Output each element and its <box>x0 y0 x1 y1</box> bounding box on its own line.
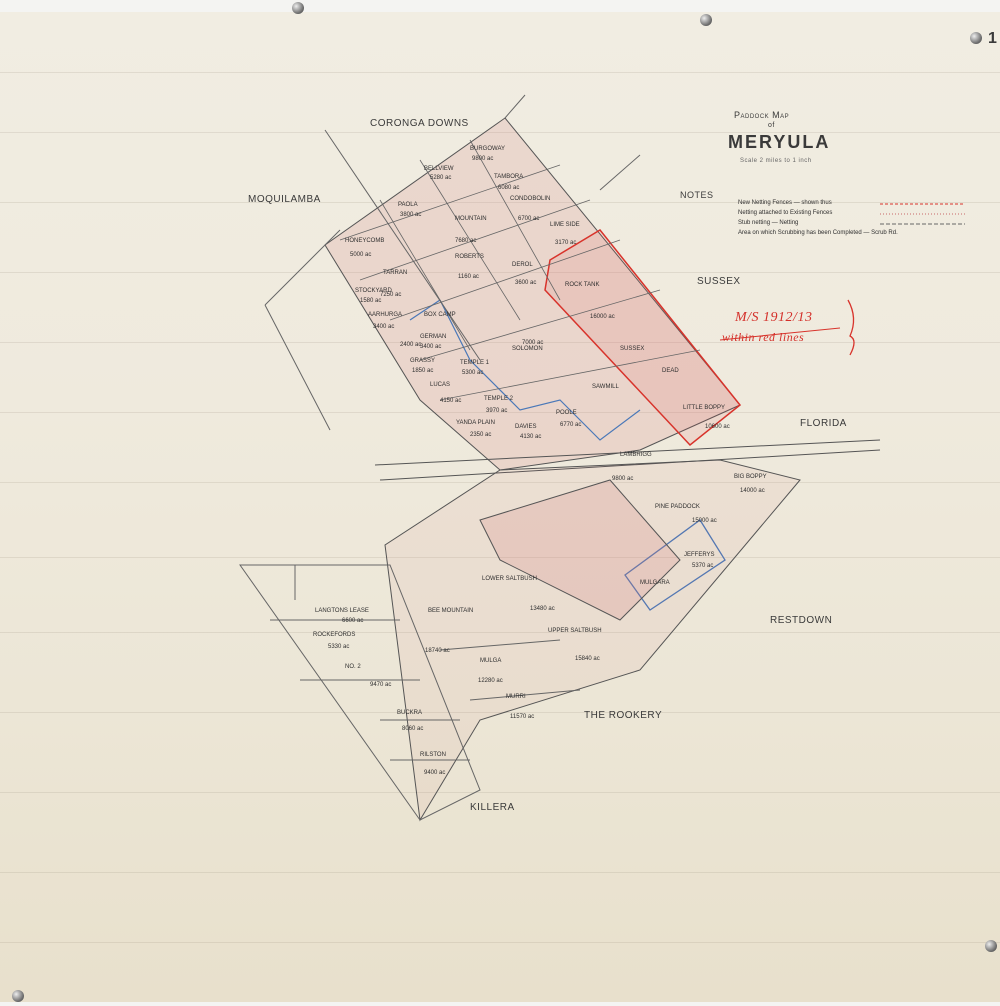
notes-heading: Notes <box>680 190 714 200</box>
paddock-area: 15000 ac <box>692 518 717 524</box>
paddock-area: 4150 ac <box>440 398 461 404</box>
paddock-label: Aarhurga <box>368 312 402 318</box>
paddock-area: 3600 ac <box>515 280 536 286</box>
paddock-label: No. 2 <box>345 664 361 670</box>
paddock-label: Mountain <box>455 216 487 222</box>
paddock-label: Buckra <box>397 710 422 716</box>
paddock-label: Murri <box>506 694 526 700</box>
paddock-area: 5300 ac <box>462 370 483 376</box>
paddock-area: 4130 ac <box>520 434 541 440</box>
map-title-name: Meryula <box>728 132 830 153</box>
paddock-area: 1850 ac <box>412 368 433 374</box>
paddock-label: Solomon <box>512 346 543 352</box>
paddock-area: 11570 ac <box>510 714 534 720</box>
paddock-label: Davies <box>515 424 537 430</box>
paddock-area: 1580 ac <box>360 298 381 304</box>
paddock-area: 8060 ac <box>402 726 423 732</box>
paddock-label: Big Boppy <box>734 474 767 480</box>
paddock-label: Langtons Lease <box>315 608 369 614</box>
paddock-area: 9800 ac <box>612 476 633 482</box>
paddock-area: 3400 ac <box>373 324 394 330</box>
paddock-label: Bellview <box>424 166 454 172</box>
paddock-label: Dead <box>662 368 679 374</box>
paddock-area: 15840 ac <box>575 656 600 662</box>
paddock-label: Condobolin <box>510 196 550 202</box>
paddock-label: Sussex <box>620 346 644 352</box>
paddock-label: Stockyard <box>355 288 392 294</box>
note-item: Netting attached to Existing Fences <box>738 210 832 216</box>
paddock-area: 6080 ac <box>498 185 519 191</box>
paddock-area: 9400 ac <box>424 770 445 776</box>
neighbour-label: Florida <box>800 418 847 429</box>
paddock-label: Lime Side <box>550 222 580 228</box>
paddock-area: 6770 ac <box>560 422 581 428</box>
neighbour-label: Killera <box>470 802 515 813</box>
paddock-label: Grassy <box>410 358 435 364</box>
paddock-label: Lucas <box>430 382 450 388</box>
paddock-label: Sawmill <box>592 384 619 390</box>
paddock-label: Roberts <box>455 254 484 260</box>
paddock-area: 5370 ac <box>692 563 713 569</box>
paddock-area: 7000 ac <box>522 340 543 346</box>
map-scale: Scale 2 miles to 1 inch <box>740 158 812 164</box>
paddock-label: Temple 1 <box>460 360 489 366</box>
paddock-label: Mulga <box>480 658 501 664</box>
paddock-area: 5280 ac <box>430 175 451 181</box>
paddock-label: Paola <box>398 202 418 208</box>
paddock-area: 18740 ac <box>425 648 450 654</box>
paddock-label: Poole <box>556 410 577 416</box>
paddock-area: 12280 ac <box>478 678 503 684</box>
note-item: Stub netting — Netting <box>738 220 798 226</box>
paddock-label: Little Boppy <box>683 405 725 411</box>
neighbour-label: Moquilamba <box>248 194 321 205</box>
paddock-label: Upper Saltbush <box>548 628 602 634</box>
paddock-label: Box Camp <box>424 312 456 318</box>
paddock-label: Temple 2 <box>484 396 513 402</box>
paddock-area: 10600 ac <box>705 424 730 430</box>
paddock-label: Honeycomb <box>345 238 384 244</box>
paddock-label: Bee Mountain <box>428 608 473 614</box>
paddock-area: 7680 ac <box>455 238 476 244</box>
annotation-line1: M/S 1912/13 <box>735 310 812 326</box>
paddock-label: Mulgara <box>640 580 670 586</box>
paddock-area: 16000 ac <box>590 314 615 320</box>
note-item: Area on which Scrubbing has been Complet… <box>738 230 898 236</box>
paddock-area: 3170 ac <box>555 240 576 246</box>
paddock-label: Rock Tank <box>565 282 599 288</box>
paddock-label: Jefferys <box>684 552 715 558</box>
paddock-label: Derol <box>512 262 533 268</box>
paddock-area: 9800 ac <box>472 156 493 162</box>
paddock-label: Lower Saltbush <box>482 576 537 582</box>
paddock-label: Burgoway <box>470 146 505 152</box>
neighbour-label: The Rookery <box>584 710 662 721</box>
paddock-area: 5330 ac <box>328 644 349 650</box>
paddock-area: 13480 ac <box>530 606 555 612</box>
paddock-label: Rilston <box>420 752 446 758</box>
paddock-label: Yanda Plain <box>456 420 495 426</box>
map-title-of: of <box>768 122 775 129</box>
paddock-area: 1160 ac <box>458 274 479 280</box>
paddock-label: German <box>420 334 446 340</box>
paddock-area: 9470 ac <box>370 682 391 688</box>
paddock-area: 2400 ac <box>400 342 421 348</box>
paddock-label: Rockefords <box>313 632 355 638</box>
paddock-area: 3400 ac <box>420 344 441 350</box>
neighbour-label: Restdown <box>770 615 832 626</box>
paddock-area: 6700 ac <box>518 216 539 222</box>
paddock-area: 3970 ac <box>486 408 507 414</box>
paddock-label: Tarran <box>383 270 407 276</box>
paddock-label: Lambrigg <box>620 452 652 458</box>
paddock-label: Tambora <box>494 174 523 180</box>
note-item: New Netting Fences — shown thus <box>738 200 832 206</box>
annotation-line2: within red lines <box>722 330 804 345</box>
neighbour-label: Coronga Downs <box>370 118 469 129</box>
paddock-area: 2350 ac <box>470 432 491 438</box>
paddock-area: 3800 ac <box>400 212 421 218</box>
neighbour-label: Sussex <box>697 276 741 287</box>
paddock-area: 6600 ac <box>342 618 363 624</box>
paddock-label: Pine Paddock <box>655 504 700 510</box>
paddock-area: 14000 ac <box>740 488 765 494</box>
map-title-line1: Paddock Map <box>734 110 789 120</box>
paddock-area: 5000 ac <box>350 252 371 258</box>
